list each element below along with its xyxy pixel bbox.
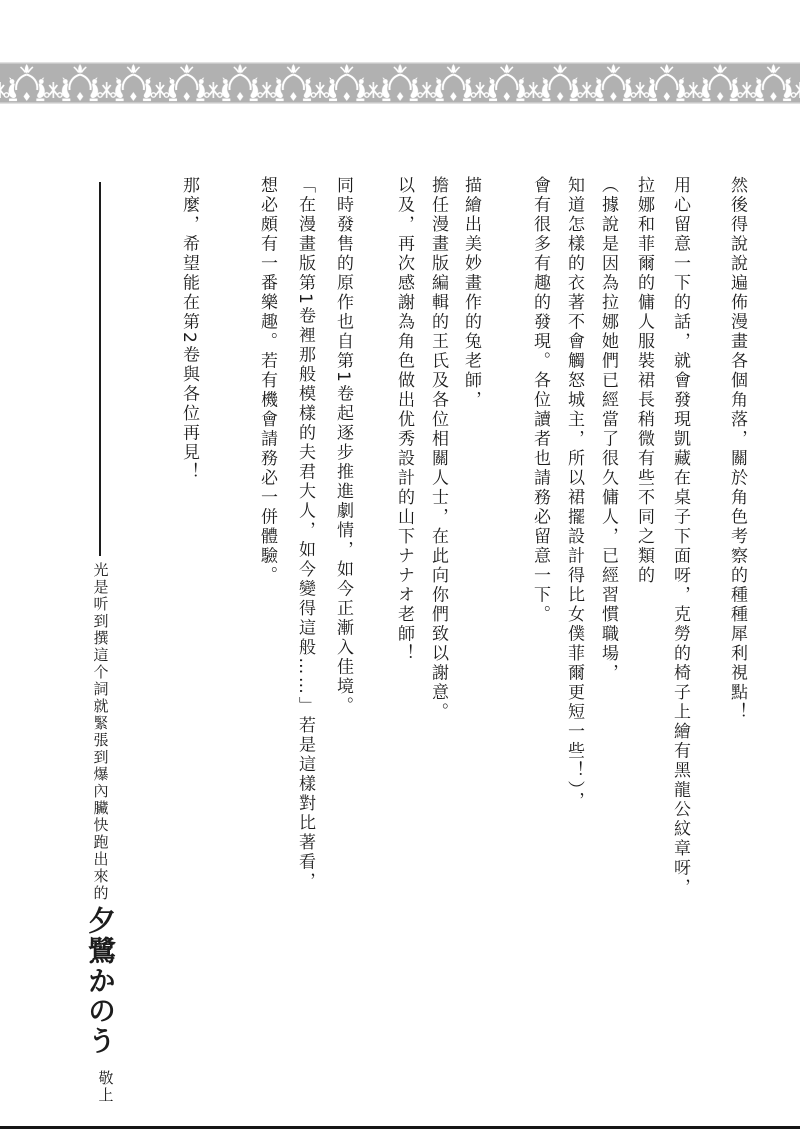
afterword-column-11: 「在漫畫版第1卷裡那般模樣的夫君大人，如今變得這般……」若是這樣對比著看， bbox=[296, 176, 313, 891]
afterword-column-13: 那麼，希望能在第2卷與各位再見！ bbox=[180, 176, 197, 482]
ornament-border-top bbox=[0, 62, 800, 104]
afterword-column-12: 想必頗有一番樂趣。若有機會請務必一併體驗。 bbox=[258, 176, 275, 586]
signature-closing: 敬上 bbox=[98, 1070, 113, 1104]
afterword-column-7: 描繪出美妙畫作的兔老師， bbox=[462, 176, 479, 410]
afterword-column-6: 會有很多有趣的發現。各位讀者也請務必留意一下。 bbox=[531, 176, 548, 625]
afterword-column-10: 同時發售的原作也自第1卷起逐步推進劇情，如今正漸入佳境。 bbox=[334, 176, 351, 716]
afterword-column-9: 以及，再次感謝為角色做出优秀設計的山下ナナオ老師！ bbox=[395, 176, 412, 664]
ornament-pattern-icon bbox=[0, 62, 800, 104]
signature-lead-in: 光是听到撰這个詞就緊張到爆內臟快跑出來的 bbox=[93, 562, 108, 902]
afterword-column-8: 擔任漫畫版編輯的王氏及各位相關人士，在此向你們致以謝意。 bbox=[429, 176, 446, 722]
signature-long-dash bbox=[99, 182, 101, 556]
author-name: 夕鷺かのう bbox=[86, 906, 114, 1056]
bottom-border-rule bbox=[0, 1126, 800, 1129]
afterword-column-3: 拉娜和菲爾的傭人服裝裙長稍微有些不同之類的 bbox=[635, 176, 652, 586]
afterword-column-1: 然後得說說遍佈漫畫各個角落，關於角色考察的種種犀利視點！ bbox=[728, 176, 745, 722]
afterword-column-4: （據說是因為拉娜她們已經當了很久傭人，已經習慣職場， bbox=[599, 176, 616, 683]
page: { "page": { "background": "#ffffff", "te… bbox=[0, 0, 800, 1136]
afterword-column-5: 知道怎樣的衣著不會觸怒城主，所以裙擺設計得比女僕菲爾更短一些！）， bbox=[565, 176, 582, 811]
afterword-column-2: 用心留意一下的話，就會發現凱藏在桌子下面呀，克勞的椅子上繪有黑龍公紋章呀， bbox=[671, 176, 688, 898]
signature-column: 光是听到撰這个詞就緊張到爆內臟快跑出來的 夕鷺かのう 敬上 bbox=[76, 182, 124, 1104]
